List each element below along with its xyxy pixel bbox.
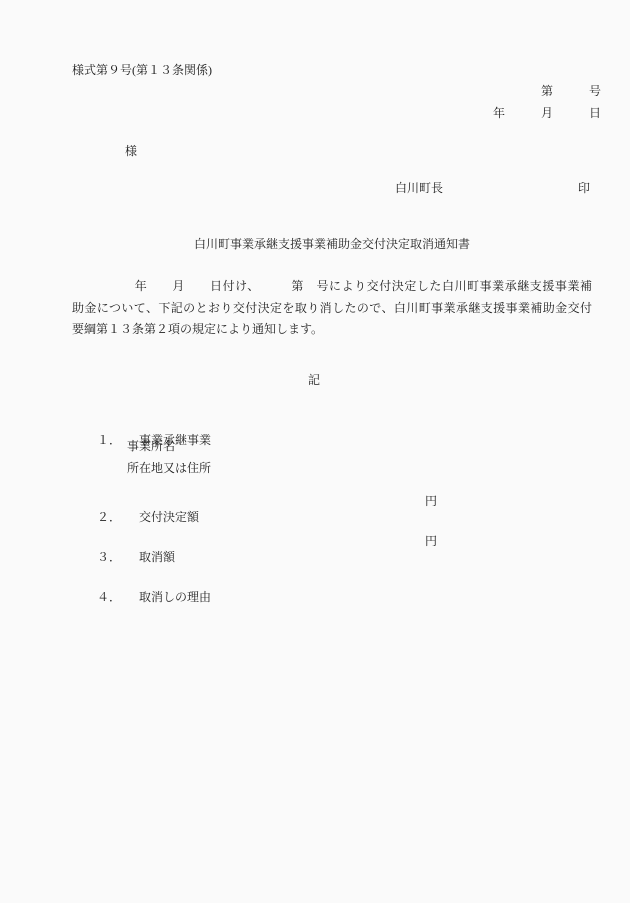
item-1-subline-address: 所在地又は住所 <box>127 460 211 476</box>
date-line: 年 月 日 <box>493 105 601 121</box>
body-line-1: 年 月 日付け、 第 号により交付決定した白川町事業承継支援事業補 <box>72 278 592 294</box>
body-line-2: 助金について、下記のとおり交付決定を取り消したので、白川町事業承継支援事業補助金… <box>72 300 592 316</box>
document-title: 白川町事業承継支援事業補助金交付決定取消通知書 <box>72 236 592 252</box>
item-1-subline-business-name: 事業所名 <box>127 438 175 454</box>
seal-mark: 印 <box>578 180 590 196</box>
item-3-label: 取消額 <box>139 550 175 564</box>
form-number: 様式第９号(第１３条関係) <box>72 62 212 78</box>
item-3-number: ３． <box>97 549 139 565</box>
item-4-number: ４． <box>97 589 139 605</box>
record-marker: 記 <box>308 372 320 388</box>
issuer-name: 白川町長 <box>395 180 443 196</box>
document-page: 様式第９号(第１３条関係) 第 号 年 月 日 様 白川町長 印 白川町事業承継… <box>0 0 630 903</box>
item-2-number: ２． <box>97 509 139 525</box>
addressee-honorific: 様 <box>125 143 137 159</box>
item-2-label: 交付決定額 <box>139 510 199 524</box>
item-2-currency-unit: 円 <box>425 493 437 509</box>
body-line-3: 要綱第１３条第２項の規定により通知します。 <box>72 321 592 337</box>
list-item-4: ４．取消しの理由 <box>85 573 592 621</box>
item-3-currency-unit: 円 <box>425 533 437 549</box>
document-number-line: 第 号 <box>541 83 601 99</box>
item-4-label: 取消しの理由 <box>139 590 211 604</box>
